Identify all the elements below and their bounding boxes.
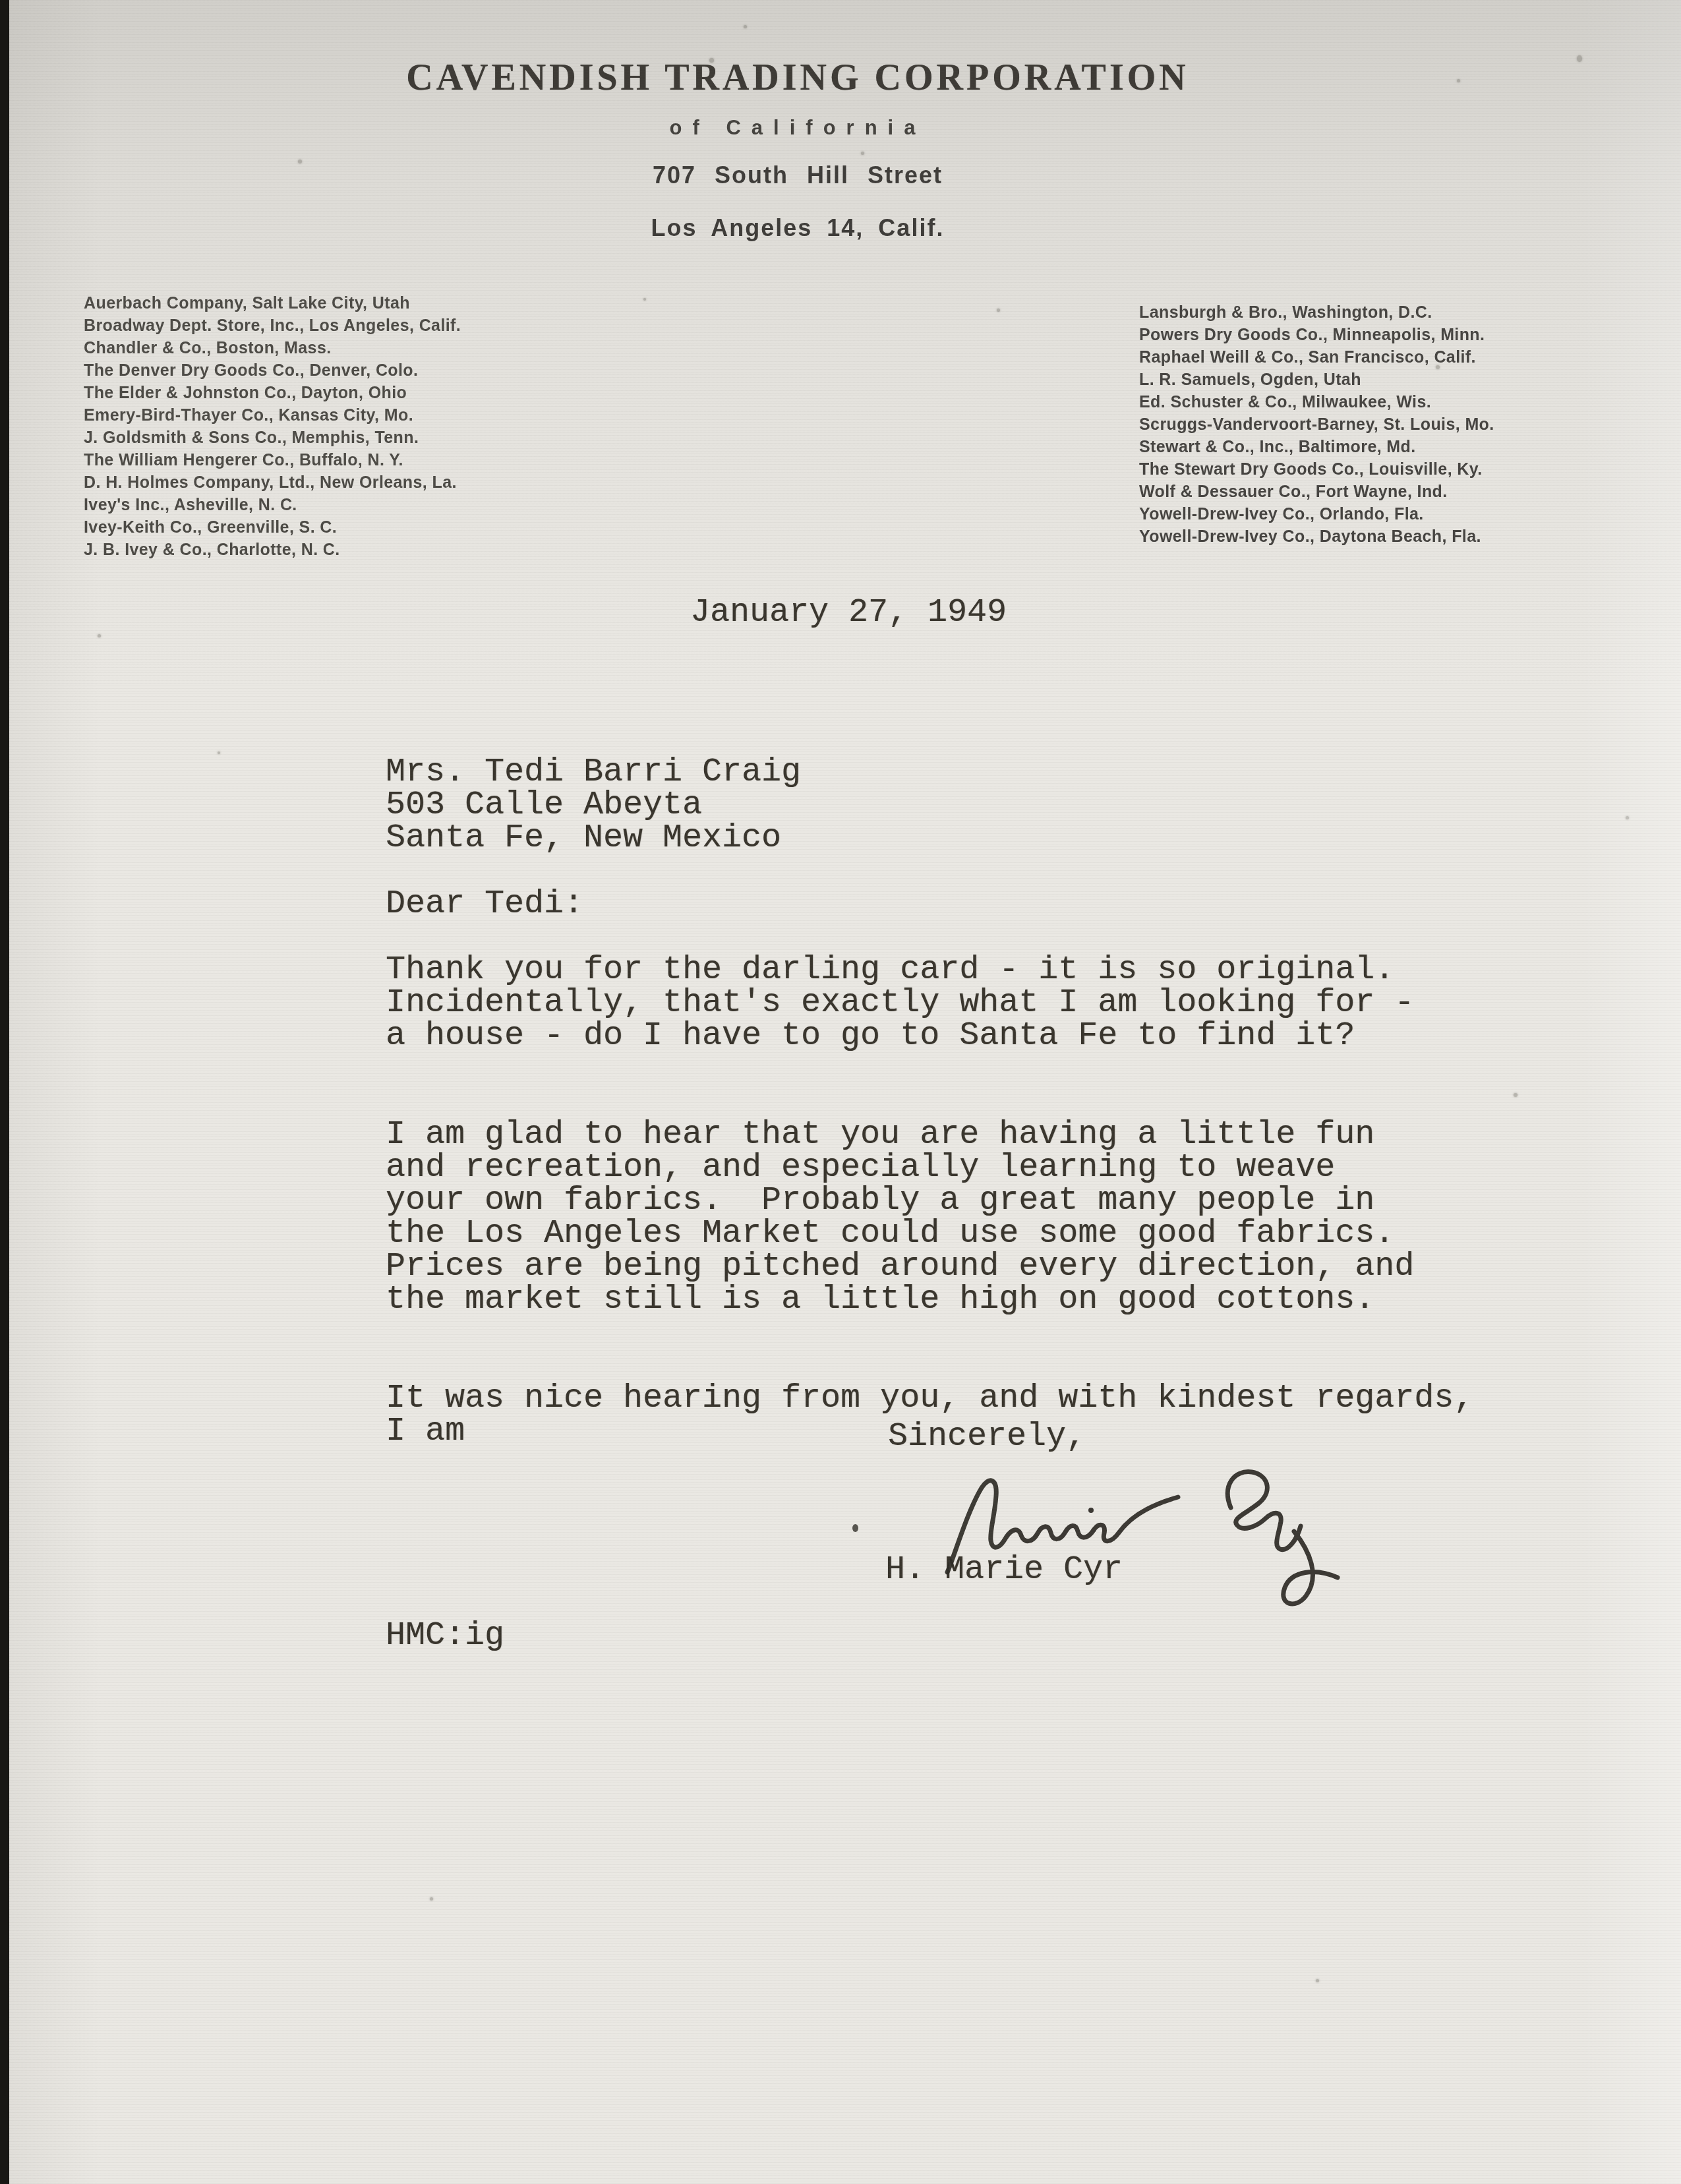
- scan-speckle: [430, 1897, 433, 1901]
- affiliate-item: Broadway Dept. Store, Inc., Los Angeles,…: [84, 314, 461, 337]
- scan-speckle: [298, 160, 302, 163]
- letterhead-city-address: Los Angeles 14, Calif.: [0, 214, 1595, 242]
- scan-speckle: [218, 752, 220, 754]
- affiliate-item: The William Hengerer Co., Buffalo, N. Y.: [84, 449, 461, 471]
- affiliate-item: Yowell-Drew-Ivey Co., Orlando, Fla.: [1139, 503, 1494, 525]
- body-paragraph: I am glad to hear that you are having a …: [386, 1119, 1473, 1316]
- affiliate-item: The Stewart Dry Goods Co., Louisville, K…: [1139, 458, 1494, 481]
- scan-speckle: [98, 634, 101, 637]
- recipient-address: Mrs. Tedi Barri Craig 503 Calle Abeyta S…: [386, 756, 801, 855]
- typist-initials: HMC:ig: [386, 1620, 504, 1653]
- scan-edge-strip: [0, 0, 9, 2184]
- affiliate-item: The Elder & Johnston Co., Dayton, Ohio: [84, 382, 461, 404]
- scan-speckle: [643, 298, 646, 301]
- letterhead-company-name: CAVENDISH TRADING CORPORATION: [0, 57, 1595, 99]
- affiliate-item: Ivey-Keith Co., Greenville, S. C.: [84, 516, 461, 539]
- affiliate-item: Yowell-Drew-Ivey Co., Daytona Beach, Fla…: [1139, 525, 1494, 548]
- affiliate-item: Wolf & Dessauer Co., Fort Wayne, Ind.: [1139, 481, 1494, 503]
- affiliate-item: J. B. Ivey & Co., Charlotte, N. C.: [84, 539, 461, 561]
- affiliate-item: Scruggs-Vandervoort-Barney, St. Louis, M…: [1139, 413, 1494, 436]
- signature-script: [933, 1447, 1394, 1612]
- affiliate-list-left: Auerbach Company, Salt Lake City, UtahBr…: [84, 292, 461, 561]
- affiliate-item: J. Goldsmith & Sons Co., Memphis, Tenn.: [84, 427, 461, 449]
- affiliate-item: Powers Dry Goods Co., Minneapolis, Minn.: [1139, 324, 1494, 346]
- affiliate-item: Auerbach Company, Salt Lake City, Utah: [84, 292, 461, 314]
- body-paragraph: Thank you for the darling card - it is s…: [386, 954, 1473, 1053]
- scan-speckle: [1457, 79, 1460, 82]
- scan-speckle: [1514, 1093, 1518, 1097]
- salutation: Dear Tedi:: [386, 888, 583, 921]
- stray-ink-dot: [852, 1524, 858, 1532]
- affiliate-item: Raphael Weill & Co., San Francisco, Cali…: [1139, 346, 1494, 369]
- letter-date: January 27, 1949: [690, 597, 1007, 630]
- scan-speckle: [1316, 1979, 1319, 1982]
- affiliate-item: Emery-Bird-Thayer Co., Kansas City, Mo.: [84, 404, 461, 427]
- affiliate-item: Stewart & Co., Inc., Baltimore, Md.: [1139, 436, 1494, 458]
- affiliate-list-right: Lansburgh & Bro., Washington, D.C.Powers…: [1139, 301, 1494, 548]
- scan-speckle: [1577, 55, 1582, 62]
- letterhead-region-line: of California: [0, 116, 1595, 140]
- scan-speckle: [997, 309, 1000, 312]
- scan-speckle: [1436, 365, 1440, 369]
- scanned-letter-page: CAVENDISH TRADING CORPORATION of Califor…: [0, 0, 1681, 2184]
- letterhead-street-address: 707 South Hill Street: [0, 162, 1595, 189]
- affiliate-item: Chandler & Co., Boston, Mass.: [84, 337, 461, 359]
- affiliate-item: The Denver Dry Goods Co., Denver, Colo.: [84, 359, 461, 382]
- scan-speckle: [1626, 816, 1629, 819]
- affiliate-item: L. R. Samuels, Ogden, Utah: [1139, 369, 1494, 391]
- affiliate-item: Lansburgh & Bro., Washington, D.C.: [1139, 301, 1494, 324]
- affiliate-item: Ed. Schuster & Co., Milwaukee, Wis.: [1139, 391, 1494, 413]
- scan-speckle: [861, 152, 864, 155]
- scan-speckle: [709, 58, 714, 63]
- scan-speckle: [744, 25, 747, 28]
- letter-body: Thank you for the darling card - it is s…: [386, 954, 1473, 1448]
- affiliate-item: Ivey's Inc., Asheville, N. C.: [84, 494, 461, 516]
- affiliate-item: D. H. Holmes Company, Ltd., New Orleans,…: [84, 471, 461, 494]
